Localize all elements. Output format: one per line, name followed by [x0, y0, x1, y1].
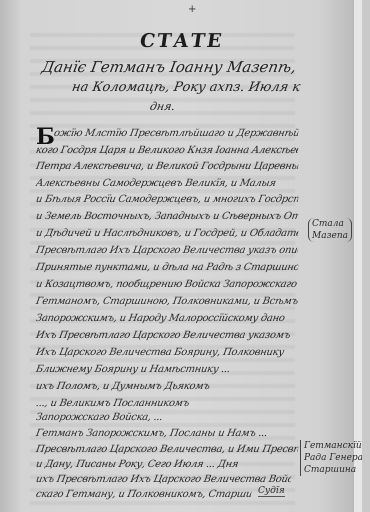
heading-line: Данїє Гетманъ Іоанну Мазепѣ, [40, 58, 297, 76]
margin-note-line: Гетманскїй [304, 440, 362, 452]
text-line: ихъ Пресвѣтлаго Ихъ Царского Величества … [35, 474, 292, 485]
manuscript-page: + СТАТЕ Данїє Гетманъ Іоанну Мазепѣ, на … [0, 0, 362, 512]
text-line: Ихъ Царского Величества Боярину, Полковн… [35, 347, 299, 358]
margin-note-line: Старшина [304, 464, 362, 476]
text-line: Ихъ Пресвѣтлаго Царского Величества указ… [35, 330, 299, 341]
text-line: Гетманъ Запорожскимъ, Посланы и Намъ ... [35, 428, 299, 439]
margin-note: Стала Мазепа [308, 218, 352, 242]
heading-line: на Коломацѣ, Року ахпз. Июля к [71, 80, 302, 95]
text-line: Запорожскимъ, и Народу Малороссїйскому д… [35, 313, 299, 324]
text-line: и Дану, Писаны Року, Сего Июля ... Дня [35, 459, 299, 470]
text-line: и Земель Восточныхъ, Западныхъ и Сѣверны… [35, 211, 299, 222]
document-title: СТАТЕ [138, 30, 224, 52]
text-line: Пресвѣтлаго Царского Величества, и Ими П… [35, 444, 299, 455]
text-line: и Бѣлыя Россїи Самодержцевъ, и многихъ Г… [35, 194, 299, 205]
cross-mark: + [188, 4, 196, 15]
text-line: Петра Алексѣевича, и Великой Госдрыни Ца… [35, 161, 299, 172]
text-line: Принятые пунктами, и дѣла на Радѣ з Стар… [35, 262, 299, 273]
signature: Судїя [258, 486, 285, 497]
text-line: кого Госдря Царя и Великого Кнзя Іоанна … [35, 145, 299, 156]
text-line: Ближнему Боярину и Намѣстнику ... [35, 364, 299, 375]
text-line: ..., и Великимъ Посланникомъ [35, 398, 299, 409]
margin-note: Гетманскїй Рада Генералная Старшина [300, 440, 362, 476]
text-line: ожїю Млстїю Пресвѣтлѣйшаго и Державнѣйша… [53, 128, 299, 139]
page-edge [354, 0, 362, 512]
margin-note-line: Рада Генералная [304, 452, 362, 464]
text-line: и Дѣдичей и Наслѣдниковъ, и Госдрей, и О… [35, 228, 299, 239]
text-line: Пресвѣтлаго Ихъ Царского Величества указ… [35, 245, 299, 256]
text-line: и Козацтвомъ, пообщрению Войска Запорожс… [35, 279, 299, 290]
heading-line: дня. [149, 100, 176, 113]
text-line: Гетманомъ, Старшиною, Полковниками, и Вс… [35, 296, 299, 307]
text-line: скаго Гетману, и Полковникомъ, Старшиною… [35, 489, 252, 500]
text-line: Алексѣевны Самодержцевъ Великїя, и Малыя [35, 178, 299, 189]
margin-note-line: Стала [312, 218, 348, 230]
margin-note-line: Мазепа [312, 230, 348, 242]
text-line: Запорожскаго Войска, ... [35, 412, 299, 423]
